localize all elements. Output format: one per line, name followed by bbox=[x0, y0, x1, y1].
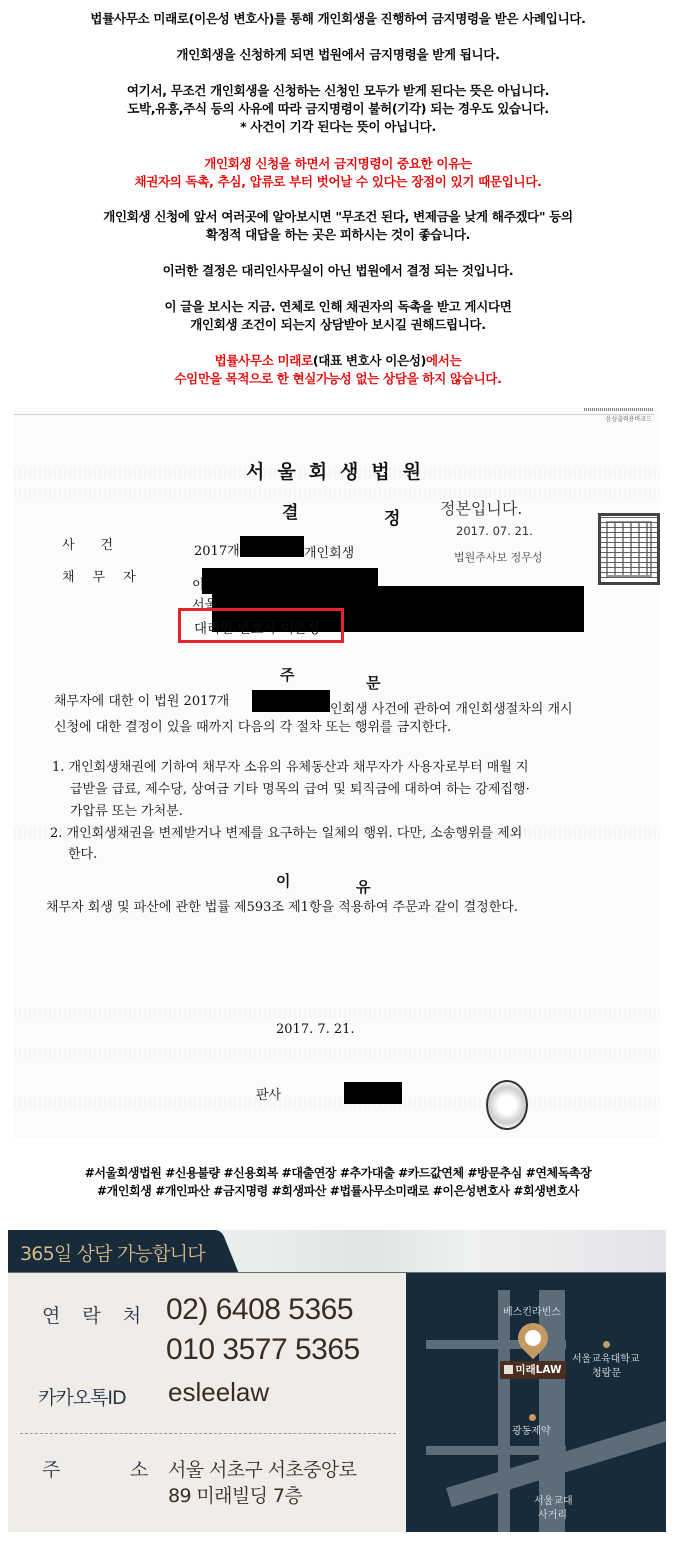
intro-line: 수임만을 목적으로 한 현실가능성 없는 상담을 하지 않습니다. bbox=[0, 370, 676, 388]
redaction bbox=[252, 690, 330, 712]
hashtag-line: #개인회생 #개인파산 #금지명령 #회생파산 #법률사무소미래로 #이은성변호… bbox=[0, 1182, 676, 1200]
intro-block: 개인회생을 신청하게 되면 법원에서 금지명령을 받게 됩니다. bbox=[0, 46, 676, 64]
address-line-1: 서울 서초구 서초중앙로 bbox=[168, 1455, 356, 1482]
order-item-1: 급받을 급료, 제수당, 상여금 기타 명목의 급여 및 퇴직금에 대하여 하는… bbox=[70, 778, 530, 797]
kakao-label: 카카오톡ID bbox=[38, 1383, 126, 1410]
order-item-1: 가압류 또는 가처분. bbox=[70, 800, 183, 819]
banner-header: 365일 상담 가능합니다 bbox=[8, 1230, 666, 1273]
intro-block: 여기서, 무조건 개인회생을 신청하는 신청인 모두가 받게 된다는 뜻은 아닙… bbox=[0, 82, 676, 136]
address-label-a: 주 bbox=[42, 1455, 60, 1482]
case-label: 사건 bbox=[62, 534, 139, 553]
court-clerk: 법원주사보 정무성 bbox=[454, 549, 543, 565]
address-line-2: 89 미래빌딩 7층 bbox=[168, 1481, 302, 1508]
order-item-2: 한다. bbox=[68, 843, 97, 862]
order-item-1: 1. 개인회생채권에 기하여 채무자 소유의 유체동산과 채무자가 사용자로부터… bbox=[52, 756, 529, 775]
phone-label: 연 락 처 bbox=[42, 1301, 149, 1328]
firm-suffix: 에서는 bbox=[426, 353, 461, 368]
intro-line: 개인회생을 신청하게 되면 법원에서 금지명령을 받게 됩니다. bbox=[0, 46, 676, 64]
certified-date: 2017. 07. 21. bbox=[456, 524, 533, 538]
intro-line: 이러한 결정은 대리인사무실이 아닌 법원에서 결정 되는 것입니다. bbox=[0, 262, 676, 280]
order-text: 인회생 사건에 관하여 개인회생절차의 개시 bbox=[330, 698, 573, 717]
intro-line: 도박,유흥,주식 등의 사유에 따라 금지명령이 불허(기각) 되는 경우도 있… bbox=[0, 100, 676, 118]
intro-line: 개인회생 조건이 되는지 상담받아 보시길 권해드립니다. bbox=[0, 316, 676, 334]
decision-heading-a: 결 bbox=[282, 498, 298, 523]
reason-heading-a: 이 bbox=[276, 870, 291, 891]
intro-block: 개인회생 신청에 앞서 여러곳에 알아보시면 "무조건 된다, 변제금을 낮게 … bbox=[0, 208, 676, 244]
intro-line: * 사건이 기각 된다는 뜻이 아닙니다. bbox=[0, 118, 676, 136]
location-map[interactable]: 베스킨라빈스 서울교육대학교 청람문 미래LAW 광동제약 서울교대 사거리 bbox=[406, 1273, 666, 1532]
intro-line: 여기서, 무조건 개인회생을 신청하는 신청인 모두가 받게 된다는 뜻은 아닙… bbox=[0, 82, 676, 100]
landmark-dot bbox=[603, 1341, 610, 1348]
map-label-crossing-2: 사거리 bbox=[538, 1509, 567, 1523]
case-suffix: 개인회생 bbox=[304, 542, 354, 561]
firm-rep: (대표 변호사 이은성) bbox=[313, 353, 426, 368]
map-road bbox=[498, 1290, 510, 1532]
map-road bbox=[426, 1446, 566, 1455]
firm-logo-icon bbox=[504, 1365, 513, 1374]
order-item-2: 2. 개인회생채권을 변제받거나 변제를 요구하는 일체의 행위. 다만, 소송… bbox=[50, 822, 522, 841]
redaction bbox=[240, 536, 304, 557]
banner-title: 365일 상담 가능합니다 bbox=[20, 1239, 205, 1266]
phone-number[interactable]: 02) 6408 5365 bbox=[166, 1293, 353, 1327]
intro-block: 이러한 결정은 대리인사무실이 아닌 법원에서 결정 되는 것입니다. bbox=[0, 262, 676, 280]
court-name: 서울회생법원 bbox=[246, 457, 434, 484]
contact-banner: 365일 상담 가능합니다 연 락 처 02) 6408 5365 010 35… bbox=[8, 1230, 666, 1532]
judge-seal-icon bbox=[486, 1080, 528, 1130]
order-text: 채무자에 대한 이 법원 2017개 bbox=[54, 690, 229, 709]
decision-heading-b: 정 bbox=[384, 504, 400, 529]
address-label-b: 소 bbox=[130, 1455, 148, 1482]
judge-label: 판사 bbox=[256, 1084, 281, 1103]
court-seal-icon bbox=[598, 513, 660, 585]
intro-line: 개인회생 신청에 앞서 여러곳에 알아보시면 "무조건 된다, 변제금을 낮게 … bbox=[0, 208, 676, 226]
order-heading-b: 문 bbox=[366, 672, 381, 693]
redaction bbox=[344, 628, 584, 632]
hashtag-line: #서울회생법원 #신용불량 #신용회복 #대출연장 #추가대출 #카드값연체 #… bbox=[0, 1164, 676, 1182]
reason-heading-b: 유 bbox=[356, 876, 371, 897]
map-label-univ: 서울교육대학교 bbox=[572, 1353, 640, 1367]
map-label-baskin: 베스킨라빈스 bbox=[503, 1306, 561, 1320]
firm-name: 법률사무소 미래로 bbox=[215, 353, 313, 368]
intro-block: 법률사무소 미래로(이은성 변호사)를 통해 개인회생을 진행하여 금지명령을 … bbox=[0, 10, 676, 28]
intro-closing: 법률사무소 미래로(대표 변호사 이은성)에서는 수임만을 목적으로 한 현실가… bbox=[0, 352, 676, 388]
redaction bbox=[344, 1082, 402, 1104]
contact-info: 연 락 처 02) 6408 5365 010 3577 5365 카카오톡ID… bbox=[8, 1273, 406, 1532]
debtor-label: 채무자 bbox=[62, 566, 154, 585]
intro-line: 채권자의 독촉, 추심, 압류로 부터 벗어날 수 있다는 장점이 있기 때문입… bbox=[0, 173, 676, 191]
case-prefix: 2017개 bbox=[194, 540, 240, 559]
intro-block: 이 글을 보시는 지금. 연체로 인해 채권자의 독촉을 받고 게시다면 개인회… bbox=[0, 298, 676, 334]
court-decision-scan: 음성출력용바코드 서울회생법원 결 정 정본입니다. 2017. 07. 21.… bbox=[14, 408, 660, 1138]
intro-line: 법률사무소 미래로(이은성 변호사)를 통해 개인회생을 진행하여 금지명령을 … bbox=[0, 10, 676, 28]
landmark-dot bbox=[529, 1414, 536, 1421]
order-heading-a: 주 bbox=[280, 664, 295, 685]
reason-text: 채무자 회생 및 파산에 관한 법률 제593조 제1항을 적용하여 주문과 같… bbox=[46, 896, 518, 915]
map-label-crossing: 서울교대 bbox=[534, 1495, 573, 1509]
intro-line: 이 글을 보시는 지금. 연체로 인해 채권자의 독촉을 받고 게시다면 bbox=[0, 298, 676, 316]
mobile-number[interactable]: 010 3577 5365 bbox=[166, 1333, 360, 1367]
map-label-pharma: 광동제약 bbox=[512, 1425, 551, 1439]
intro-highlight: 개인회생 신청을 하면서 금지명령이 중요한 이유는 채권자의 독촉, 추심, … bbox=[0, 155, 676, 191]
office-marker: 미래LAW bbox=[500, 1361, 566, 1379]
intro-line: 확정적 대답을 하는 곳은 피하시는 것이 좋습니다. bbox=[0, 226, 676, 244]
decision-date: 2017. 7. 21. bbox=[276, 1022, 355, 1037]
scan-edge bbox=[14, 414, 654, 415]
hashtags: #서울회생법원 #신용불량 #신용회복 #대출연장 #추가대출 #카드값연체 #… bbox=[0, 1164, 676, 1200]
agent-highlight-box bbox=[178, 608, 344, 643]
kakao-id[interactable]: esleelaw bbox=[168, 1377, 269, 1408]
barcode-label: 음성출력용바코드 bbox=[606, 414, 652, 423]
certified-copy: 정본입니다. bbox=[440, 496, 522, 519]
barcode bbox=[584, 408, 654, 411]
intro-line: 개인회생 신청을 하면서 금지명령이 중요한 이유는 bbox=[0, 155, 676, 173]
divider bbox=[20, 1433, 396, 1434]
order-text: 신청에 대한 결정이 있을 때까지 다음의 각 절차 또는 행위를 금지한다. bbox=[54, 716, 451, 735]
map-label-univ-gate: 청람문 bbox=[592, 1367, 621, 1381]
